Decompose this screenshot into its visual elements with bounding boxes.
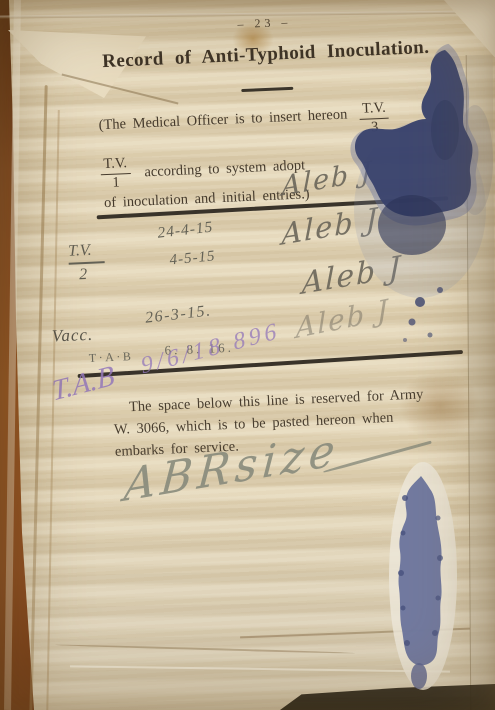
fraction-tv1-denominator: 1	[101, 174, 131, 192]
fraction-tv3-numerator: T.V.	[359, 101, 389, 120]
fraction-tv1: T.V. 1	[100, 156, 131, 192]
page-title: Record of Anti-Typhoid Inoculation.	[40, 34, 493, 76]
instructions-part1: (The Medical Officer is to insert hereon	[98, 106, 347, 134]
tv2-denominator: 2	[79, 266, 88, 283]
vaccination-label: Vacc.	[51, 325, 93, 347]
entry-rule-bottom	[78, 350, 463, 378]
fraction-tv3-denominator: 3	[360, 119, 390, 137]
fraction-tv1-numerator: T.V.	[100, 156, 130, 175]
tv2-fraction-line	[69, 261, 105, 264]
vaccination-date: 26-3-15.	[144, 302, 212, 327]
title-rule	[241, 87, 293, 92]
page-content: – 23 – Record of Anti-Typhoid Inoculatio…	[38, 4, 495, 691]
medical-officer-signature-2: Aleb J	[281, 201, 379, 252]
fraction-tv3: T.V. 3	[359, 101, 390, 137]
handwritten-date-2: 4-5-15	[169, 248, 216, 269]
handwritten-date-1: 24-4-15	[157, 219, 215, 243]
purple-annotation-note: 9/6/18 896	[139, 318, 282, 381]
handwritten-tv2-fraction: T.V. 2	[68, 241, 106, 284]
tv2-numerator: T.V.	[68, 242, 92, 260]
document-page: – 23 – Record of Anti-Typhoid Inoculatio…	[0, 0, 495, 710]
purple-annotation-label: T.A.B	[50, 360, 116, 409]
